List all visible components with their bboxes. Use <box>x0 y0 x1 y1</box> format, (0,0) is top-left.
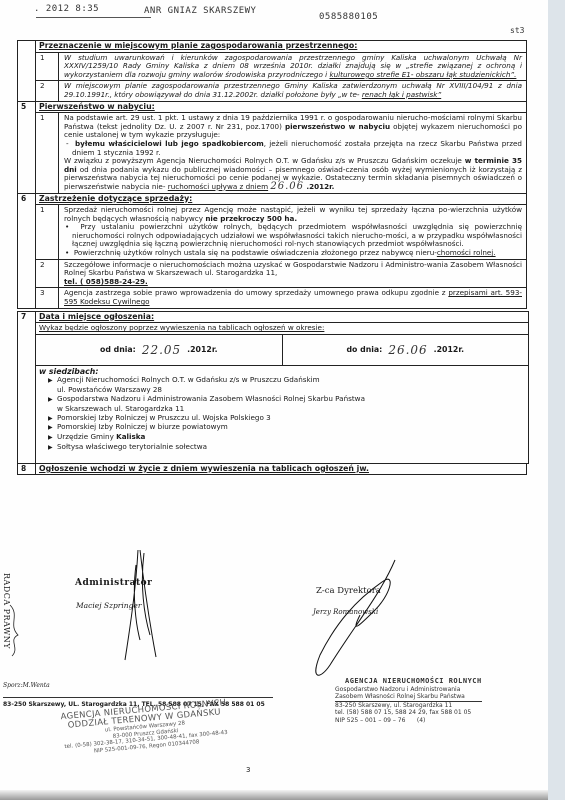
publication-period-text: Wykaz będzie ogłoszony poprzez wywieszen… <box>36 323 528 335</box>
triangle-bullet-icon: ▶ <box>48 444 57 453</box>
deadline-year: .2012r. <box>306 182 334 191</box>
triangle-bullet-icon: ▶ <box>48 424 57 433</box>
section-row: 3 Agencja zastrzega sobie prawo wprowadz… <box>36 288 526 307</box>
section-row: 1 W studium uwarunkowań i kierunków zago… <box>36 53 526 82</box>
place-line: w Skarszewach ul. Starogardzka 11 <box>57 404 184 413</box>
place-item: ▶Gospodarstwa Nadzoru i Administrowania … <box>39 395 525 414</box>
triangle-bullet-icon: ▶ <box>48 396 57 405</box>
place-line: Gospodarstwa Nadzoru i Administrowania Z… <box>57 394 365 403</box>
contact-phone: tel. ( 058)588-24-29. <box>64 277 148 286</box>
stamp-line: NIP 525 – 001 – 09 – 76 <box>335 717 405 724</box>
triangle-bullet-icon: ▶ <box>48 377 57 386</box>
paragraph: Na podstawie art. 29 ust. 1 pkt. 1 ustaw… <box>64 114 522 140</box>
stamp-line: 83-250 Skarszewy, ul. Starogardzka 11 <box>335 702 482 710</box>
section-number: 5 <box>18 102 36 193</box>
section-title: Data i miejsce ogłoszenia: <box>36 312 528 324</box>
signature-scribble-icon <box>6 600 24 660</box>
scan-edge-shadow <box>0 790 548 800</box>
fax-sender: ANR GNIAZ SKARSZEWY <box>144 6 256 16</box>
signature-scribble-icon <box>300 555 400 685</box>
place-line: Pomorskiej Izby Rolniczej w biurze powia… <box>57 422 228 431</box>
section-row: 2 W miejscowym planie zagospodarowania p… <box>36 81 526 100</box>
publication-places: w siedzibach: ▶Agencji Nieruchomości Rol… <box>36 366 528 463</box>
date-to-handwritten: 26.06 <box>388 346 427 355</box>
fax-underline <box>36 17 151 18</box>
row-number: 1 <box>36 113 59 192</box>
document-page: . 2012 8:35 ANR GNIAZ SKARSZEWY 05858801… <box>0 0 548 800</box>
section-number: 6 <box>18 194 36 308</box>
place-item: ▶Agencji Nieruchomości Rolnych O.T. w Gd… <box>39 376 525 395</box>
date-from-handwritten: 22.05 <box>142 346 181 355</box>
date-from-label: od dnia: <box>100 346 136 355</box>
place-item: ▶Sołtysa właściwego terytorialnie sołect… <box>39 443 525 453</box>
row-text-underlined: kulturowego strefie E1- obszaru łąk stud… <box>329 70 516 79</box>
page-number: 3 <box>246 766 250 774</box>
row-text: Sprzedaż nieruchomości rolnej przez Agen… <box>59 205 526 259</box>
section-effective: 8 Ogłoszenie wchodzi w życie z dniem wyw… <box>17 464 527 476</box>
row-text: W studium uwarunkowań i kierunków zagosp… <box>59 53 526 81</box>
triangle-bullet-icon: ▶ <box>48 415 57 424</box>
section-number: 8 <box>18 464 36 475</box>
stamp-line: tel. (58) 588 07 15, 588 24 29, fax 588 … <box>335 709 482 717</box>
section-preemption: 5 Pierwszeństwo w nabyciu: 1 Na podstawi… <box>17 102 527 194</box>
signature-scribble-icon <box>110 545 170 665</box>
section-publication: 7 Data i miejsce ogłoszenia: Wykaz będzi… <box>17 311 529 464</box>
section-row: 1 Sprzedaż nieruchomości rolnej przez Ag… <box>36 205 526 260</box>
row-text: W miejscowym planie zagospodarowania prz… <box>59 81 526 100</box>
date-to-year: .2012r. <box>434 346 464 355</box>
triangle-bullet-icon: ▶ <box>48 434 57 443</box>
fax-header: . 2012 8:35 ANR GNIAZ SKARSZEWY 05858801… <box>34 4 534 18</box>
footer-divider <box>3 697 273 698</box>
place-line: Urzędzie Gminy <box>57 432 116 441</box>
fax-datetime: . 2012 8:35 <box>34 4 99 14</box>
place-line: Agencji Nieruchomości Rolnych O.T. w Gda… <box>57 375 320 384</box>
row-text-underlined: renach łąk i pastwisk” <box>362 90 441 99</box>
date-from-year: .2012r. <box>187 346 217 355</box>
row-text: Szczegółowe informacje o nieruchomościac… <box>59 260 526 288</box>
publication-dates: od dnia: 22.05 .2012r. do dnia: 26.06 .2… <box>36 335 528 366</box>
announcement-form: Przeznaczenie w miejscowym planie zagosp… <box>17 40 527 475</box>
section-row: 2 Szczegółowe informacje o nieruchomości… <box>36 260 526 289</box>
text: Szczegółowe informacje o nieruchomościac… <box>64 260 522 278</box>
row-number: 1 <box>36 205 59 259</box>
row-number: 2 <box>36 81 59 100</box>
farm-office-stamp: AGENCJA NIERUCHOMOŚCI ROLNYCH Gospodarst… <box>335 678 482 724</box>
fax-page-code: st3 <box>510 26 524 35</box>
section-sale-restrictions: 6 Zastrzeżenie dotyczące sprzedaży: 1 Sp… <box>17 194 527 309</box>
place-line: ul. Powstańców Warszawy 28 <box>57 385 162 394</box>
date-from: od dnia: 22.05 .2012r. <box>36 335 283 365</box>
place-line: Pomorskiej Izby Rolniczej w Pruszczu ul.… <box>57 413 271 422</box>
place-line: Sołtysa właściwego terytorialnie sołectw… <box>57 442 207 451</box>
bullet-item: • Przy ustalaniu powierzchni użytków rol… <box>64 223 522 249</box>
stamp-line: Zasobem Własności Rolnej Skarbu Państwa <box>335 693 482 702</box>
row-number: 3 <box>36 288 59 307</box>
text: Przy ustalaniu powierzchni użytków rolny… <box>72 222 522 248</box>
section-number <box>18 41 36 101</box>
stamp-line: AGENCJA NIERUCHOMOŚCI ROLNYCH <box>335 678 482 686</box>
text: Powierzchnię użytków rolnych ustala się … <box>74 248 437 257</box>
row-text: Na podstawie art. 29 ust. 1 pkt. 1 ustaw… <box>59 113 526 192</box>
section-zoning: Przeznaczenie w miejscowym planie zagosp… <box>17 40 527 102</box>
row-text-main: W miejscowym planie zagospodarowania prz… <box>64 81 522 99</box>
place-bold: Kaliska <box>116 432 145 441</box>
paragraph: W związku z powyższym Agencja Nieruchomo… <box>64 157 522 191</box>
section-title: Pierwszeństwo w nabyciu: <box>36 102 526 114</box>
row-number: 1 <box>36 53 59 81</box>
stamp-line-suffix: (4) <box>417 717 426 724</box>
row-text: Agencja zastrzega sobie prawo wprowadzen… <box>59 288 526 307</box>
stamp-line: Gospodarstwo Nadzoru i Administrowania <box>335 686 482 694</box>
paragraph: Sprzedaż nieruchomości rolnej przez Agen… <box>64 206 522 223</box>
section-title: Zastrzeżenie dotyczące sprzedaży: <box>36 194 526 206</box>
text-underlined: ruchomości upływa z dniem <box>168 182 268 191</box>
date-to: do dnia: 26.06 .2012r. <box>283 335 529 365</box>
dash-item: - byłemu właścicielowi lub jego spadkobi… <box>64 140 522 157</box>
handwritten-deadline: 26.06 <box>270 181 304 192</box>
section-title: Ogłoszenie wchodzi w życie z dniem wywie… <box>36 464 526 475</box>
date-to-label: do dnia: <box>346 346 382 355</box>
row-number: 2 <box>36 260 59 288</box>
text-underlined: chomości rolnej. <box>437 248 496 257</box>
section-row: 1 Na podstawie art. 29 ust. 1 pkt. 1 ust… <box>36 113 526 192</box>
text-bold: pierwszeństwo w nabyciu <box>285 122 390 131</box>
viewer-background-strip <box>548 0 565 800</box>
fax-phone: 0585880105 <box>319 12 378 22</box>
prepared-by: Sporz:M.Wenta <box>3 682 50 689</box>
bullet-item: • Powierzchnię użytków rolnych ustala si… <box>64 249 522 258</box>
section-number: 7 <box>18 312 36 463</box>
section-title: Przeznaczenie w miejscowym planie zagosp… <box>36 41 526 53</box>
